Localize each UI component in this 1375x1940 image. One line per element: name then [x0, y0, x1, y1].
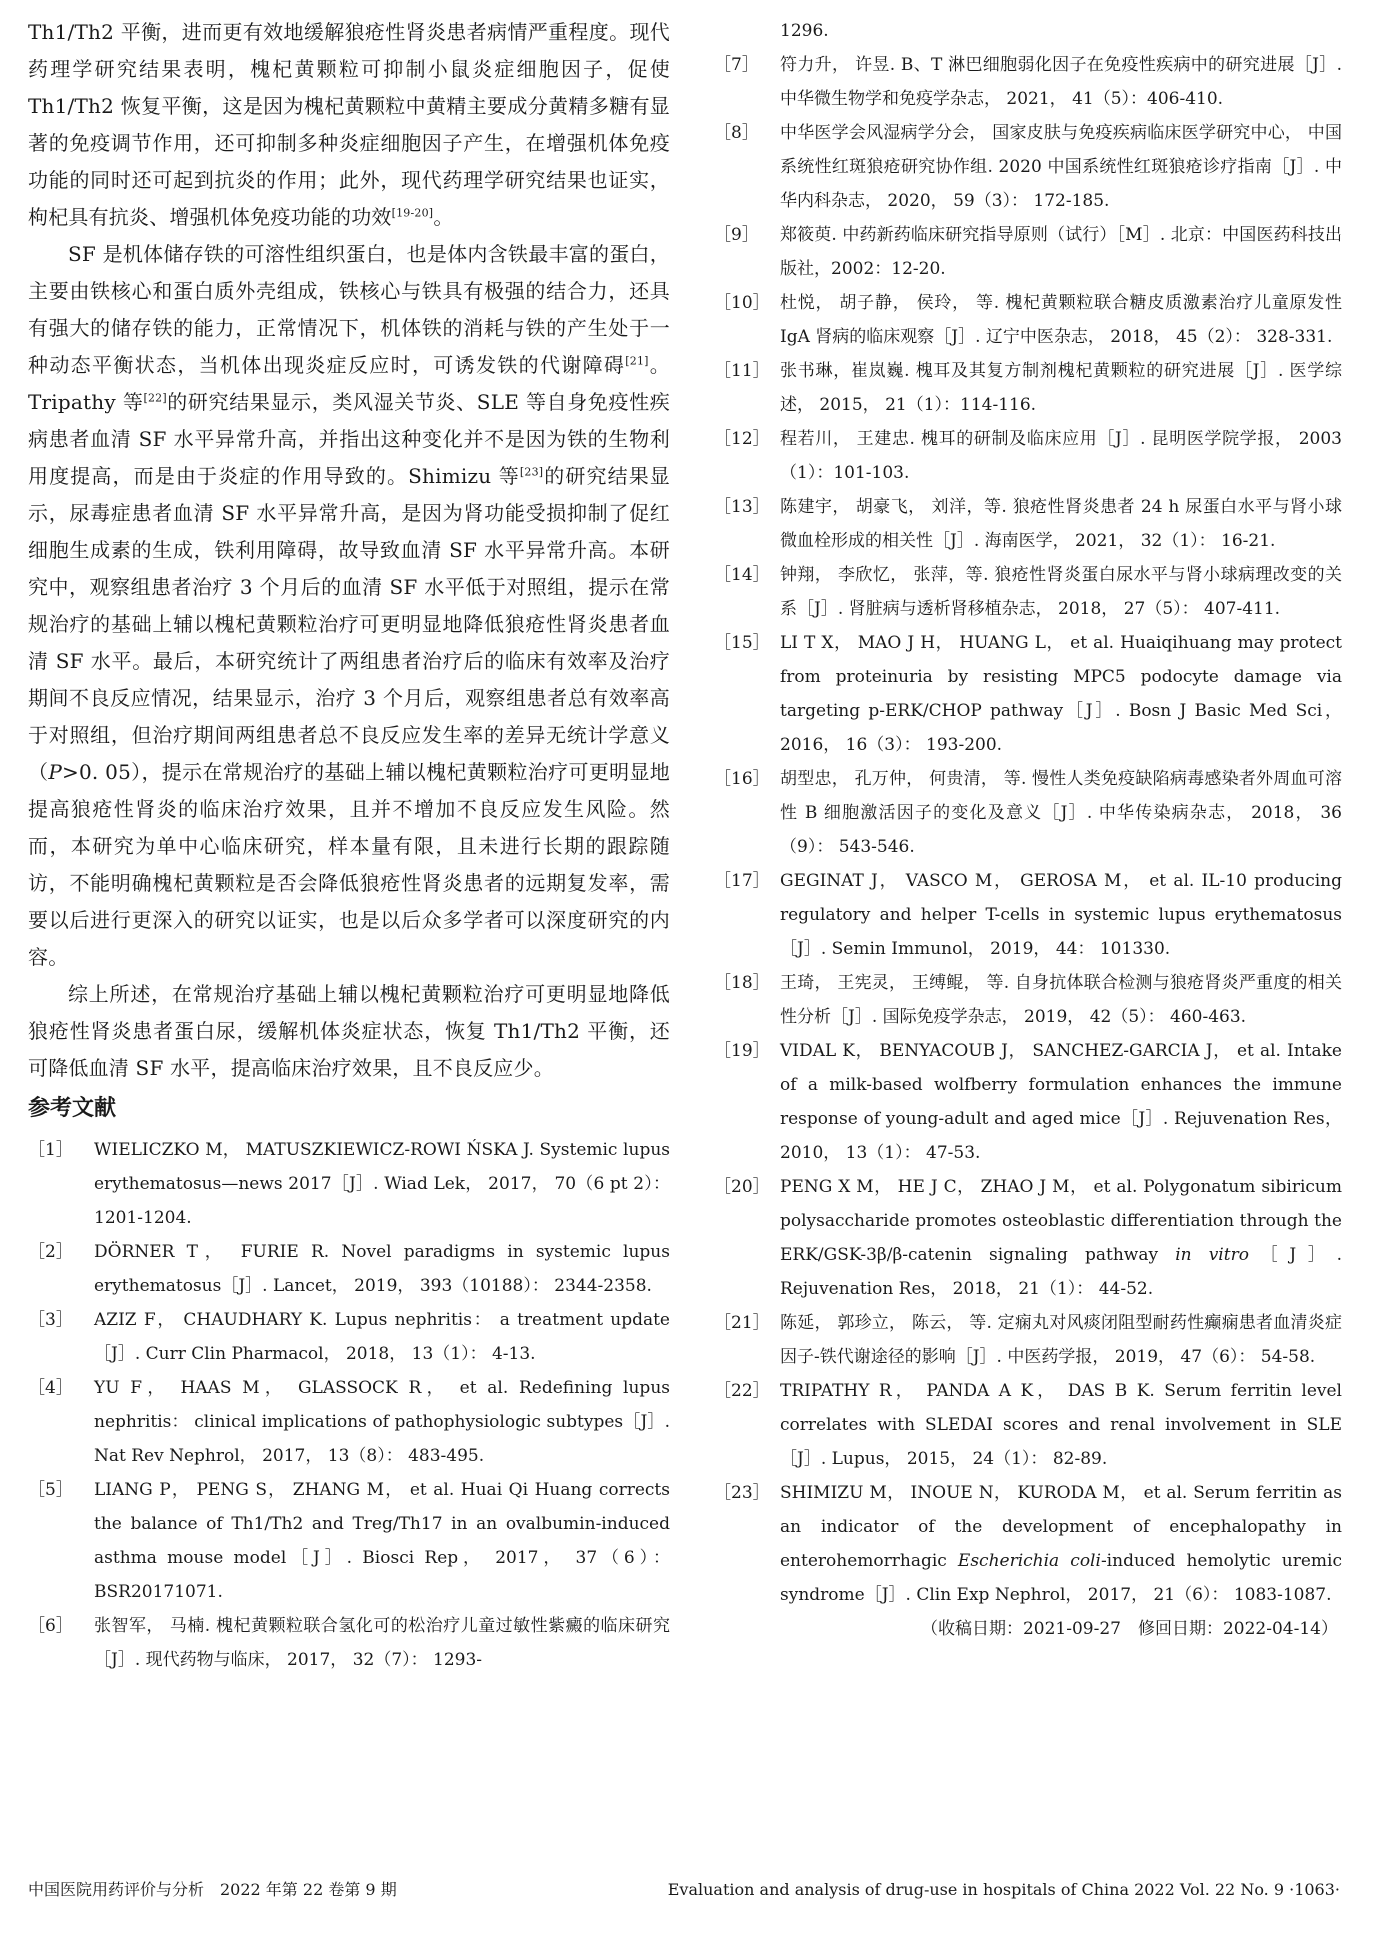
reference-number: ［7］ — [714, 48, 780, 116]
reference-item: ［4］YU F， HAAS M， GLASSOCK R， et al. Rede… — [28, 1371, 670, 1473]
reference-text: 陈延， 郭珍立， 陈云， 等. 定痫丸对风痰闭阻型耐药性癫痫患者血清炎症因子-铁… — [780, 1306, 1342, 1374]
reference-text: SHIMIZU M， INOUE N， KURODA M， et al. Ser… — [780, 1476, 1342, 1612]
reference-item: ［15］LI T X， MAO J H， HUANG L， et al. Hua… — [714, 626, 1342, 762]
reference-number-blank — [714, 14, 780, 48]
reference-number: ［6］ — [28, 1609, 94, 1677]
p-value-symbol: P — [48, 760, 62, 784]
reference-item: ［3］AZIZ F， CHAUDHARY K. Lupus nephritis：… — [28, 1303, 670, 1371]
reference-item: ［8］中华医学会风湿病学分会， 国家皮肤与免疫疾病临床医学研究中心， 中国系统性… — [714, 116, 1342, 218]
reference-text: PENG X M， HE J C， ZHAO J M， et al. Polyg… — [780, 1170, 1342, 1306]
reference-text: LIANG P， PENG S， ZHANG M， et al. Huai Qi… — [94, 1473, 670, 1609]
paragraph-tail: 。 — [433, 205, 453, 229]
reference-number: ［8］ — [714, 116, 780, 218]
reference-text: WIELICZKO M， MATUSZKIEWICZ-ROWI ŃSKA J. … — [94, 1133, 670, 1235]
reference-list-left: ［1］WIELICZKO M， MATUSZKIEWICZ-ROWI ŃSKA … — [28, 1133, 670, 1677]
reference-item: ［18］王琦， 王宪灵， 王缚鲲， 等. 自身抗体联合检测与狼疮肾炎严重度的相关… — [714, 966, 1342, 1034]
left-column: Th1/Th2 平衡，进而更有效地缓解狼疮性肾炎患者病情严重程度。现代药理学研究… — [28, 14, 670, 1677]
reference-number: ［15］ — [714, 626, 780, 762]
reference-item: ［12］程若川， 王建忠. 槐耳的研制及临床应用［J］. 昆明医学院学报， 20… — [714, 422, 1342, 490]
reference-number: ［11］ — [714, 354, 780, 422]
reference-number: ［4］ — [28, 1371, 94, 1473]
reference-item: ［6］张智军， 马楠. 槐杞黄颗粒联合氢化可的松治疗儿童过敏性紫癜的临床研究［J… — [28, 1609, 670, 1677]
reference-number: ［5］ — [28, 1473, 94, 1609]
reference-item: ［21］陈延， 郭珍立， 陈云， 等. 定痫丸对风痰闭阻型耐药性癫痫患者血清炎症… — [714, 1306, 1342, 1374]
reference-number: ［2］ — [28, 1235, 94, 1303]
reference-number: ［1］ — [28, 1133, 94, 1235]
reference-number: ［9］ — [714, 218, 780, 286]
reference-text: GEGINAT J， VASCO M， GEROSA M， et al. IL-… — [780, 864, 1342, 966]
references-heading: 参考文献 — [28, 1091, 670, 1127]
reference-number: ［19］ — [714, 1034, 780, 1170]
reference-number: ［14］ — [714, 558, 780, 626]
reference-item: ［19］VIDAL K， BENYACOUB J， SANCHEZ-GARCIA… — [714, 1034, 1342, 1170]
citation[interactable]: [21] — [625, 354, 648, 367]
reference-text: 郑筱萸. 中药新药临床研究指导原则（试行）［M］. 北京：中国医药科技出版社，2… — [780, 218, 1342, 286]
reference-text: DÖRNER T， FURIE R. Novel paradigms in sy… — [94, 1235, 670, 1303]
received-revised-dates: （收稿日期：2021-09-27 修回日期：2022-04-14） — [714, 1612, 1342, 1646]
reference-item: ［1］WIELICZKO M， MATUSZKIEWICZ-ROWI ŃSKA … — [28, 1133, 670, 1235]
reference-text: 胡型忠， 孔万仲， 何贵清， 等. 慢性人类免疫缺陷病毒感染者外周血可溶性 B … — [780, 762, 1342, 864]
reference-text: 钟翔， 李欣忆， 张萍，等. 狼疮性肾炎蛋白尿水平与肾小球病理改变的关系［J］.… — [780, 558, 1342, 626]
reference-text: 杜悦， 胡子静， 侯玲， 等. 槐杞黄颗粒联合糖皮质激素治疗儿童原发性 IgA … — [780, 286, 1342, 354]
reference-continuation: 1296. — [714, 14, 1342, 48]
body-paragraph-1: Th1/Th2 平衡，进而更有效地缓解狼疮性肾炎患者病情严重程度。现代药理学研究… — [28, 14, 670, 236]
citation[interactable]: [23] — [520, 465, 543, 478]
reference-number: ［16］ — [714, 762, 780, 864]
reference-text: TRIPATHY R， PANDA A K， DAS B K. Serum fe… — [780, 1374, 1342, 1476]
reference-italic-term: in vitro — [1175, 1245, 1249, 1265]
reference-number: ［18］ — [714, 966, 780, 1034]
reference-text: YU F， HAAS M， GLASSOCK R， et al. Redefin… — [94, 1371, 670, 1473]
reference-text: 陈建宇， 胡豪飞， 刘洋，等. 狼疮性肾炎患者 24 h 尿蛋白水平与肾小球微血… — [780, 490, 1342, 558]
reference-item: ［11］张书琳，崔岚巍. 槐耳及其复方制剂槐杞黄颗粒的研究进展［J］. 医学综述… — [714, 354, 1342, 422]
reference-number: ［17］ — [714, 864, 780, 966]
reference-text: 张智军， 马楠. 槐杞黄颗粒联合氢化可的松治疗儿童过敏性紫癜的临床研究［J］. … — [94, 1609, 670, 1677]
right-column: 1296.［7］符力升， 许昱. B、T 淋巴细胞弱化因子在免疫性疾病中的研究进… — [714, 14, 1342, 1646]
paragraph-text: >0. 05），提示在常规治疗的基础上辅以槐杞黄颗粒治疗可更明显地提高狼疮性肾炎… — [28, 760, 670, 969]
reference-number: ［12］ — [714, 422, 780, 490]
reference-item: ［16］胡型忠， 孔万仲， 何贵清， 等. 慢性人类免疫缺陷病毒感染者外周血可溶… — [714, 762, 1342, 864]
reference-number: ［3］ — [28, 1303, 94, 1371]
body-paragraph-3: 综上所述，在常规治疗基础上辅以槐杞黄颗粒治疗可更明显地降低狼疮性肾炎患者蛋白尿，… — [28, 976, 670, 1087]
reference-text: AZIZ F， CHAUDHARY K. Lupus nephritis： a … — [94, 1303, 670, 1371]
paragraph-text: Th1/Th2 平衡，进而更有效地缓解狼疮性肾炎患者病情严重程度。现代药理学研究… — [28, 20, 670, 229]
reference-text: 中华医学会风湿病学分会， 国家皮肤与免疫疾病临床医学研究中心， 中国系统性红斑狼… — [780, 116, 1342, 218]
reference-number: ［10］ — [714, 286, 780, 354]
reference-item: ［17］GEGINAT J， VASCO M， GEROSA M， et al.… — [714, 864, 1342, 966]
reference-item: ［7］符力升， 许昱. B、T 淋巴细胞弱化因子在免疫性疾病中的研究进展［J］.… — [714, 48, 1342, 116]
citation[interactable]: [22] — [143, 391, 166, 404]
reference-item: ［13］陈建宇， 胡豪飞， 刘洋，等. 狼疮性肾炎患者 24 h 尿蛋白水平与肾… — [714, 490, 1342, 558]
page-footer: 中国医院用药评价与分析 2022 年第 22 卷第 9 期 Evaluation… — [28, 1878, 1340, 1902]
reference-number: ［22］ — [714, 1374, 780, 1476]
paragraph-text: SF 是机体储存铁的可溶性组织蛋白，也是体内含铁最丰富的蛋白，主要由铁核心和蛋白… — [28, 242, 670, 377]
reference-text: 程若川， 王建忠. 槐耳的研制及临床应用［J］. 昆明医学院学报， 2003（1… — [780, 422, 1342, 490]
reference-item: ［23］SHIMIZU M， INOUE N， KURODA M， et al.… — [714, 1476, 1342, 1612]
footer-journal-en: Evaluation and analysis of drug-use in h… — [668, 1878, 1340, 1902]
reference-item: ［14］钟翔， 李欣忆， 张萍，等. 狼疮性肾炎蛋白尿水平与肾小球病理改变的关系… — [714, 558, 1342, 626]
reference-item: ［22］TRIPATHY R， PANDA A K， DAS B K. Seru… — [714, 1374, 1342, 1476]
reference-item: ［20］PENG X M， HE J C， ZHAO J M， et al. P… — [714, 1170, 1342, 1306]
footer-journal-cn: 中国医院用药评价与分析 2022 年第 22 卷第 9 期 — [28, 1878, 397, 1902]
reference-text: LI T X， MAO J H， HUANG L， et al. Huaiqih… — [780, 626, 1342, 762]
paragraph-text: 的研究结果显示，尿毒症患者血清 SF 水平异常升高，是因为肾功能受损抑制了促红细… — [28, 464, 670, 784]
reference-list-right: 1296.［7］符力升， 许昱. B、T 淋巴细胞弱化因子在免疫性疾病中的研究进… — [714, 14, 1342, 1612]
reference-number: ［13］ — [714, 490, 780, 558]
reference-text: 张书琳，崔岚巍. 槐耳及其复方制剂槐杞黄颗粒的研究进展［J］. 医学综述， 20… — [780, 354, 1342, 422]
reference-item: ［5］LIANG P， PENG S， ZHANG M， et al. Huai… — [28, 1473, 670, 1609]
reference-italic-term: Escherichia coli — [958, 1551, 1101, 1571]
body-paragraph-2: SF 是机体储存铁的可溶性组织蛋白，也是体内含铁最丰富的蛋白，主要由铁核心和蛋白… — [28, 236, 670, 976]
reference-item: ［9］郑筱萸. 中药新药临床研究指导原则（试行）［M］. 北京：中国医药科技出版… — [714, 218, 1342, 286]
reference-text: VIDAL K， BENYACOUB J， SANCHEZ-GARCIA J， … — [780, 1034, 1342, 1170]
reference-text: 1296. — [780, 14, 1342, 48]
reference-number: ［21］ — [714, 1306, 780, 1374]
citation[interactable]: [19-20] — [392, 206, 434, 219]
reference-number: ［20］ — [714, 1170, 780, 1306]
reference-text: 符力升， 许昱. B、T 淋巴细胞弱化因子在免疫性疾病中的研究进展［J］. 中华… — [780, 48, 1342, 116]
reference-item: ［10］杜悦， 胡子静， 侯玲， 等. 槐杞黄颗粒联合糖皮质激素治疗儿童原发性 … — [714, 286, 1342, 354]
reference-number: ［23］ — [714, 1476, 780, 1612]
reference-item: ［2］DÖRNER T， FURIE R. Novel paradigms in… — [28, 1235, 670, 1303]
reference-text: 王琦， 王宪灵， 王缚鲲， 等. 自身抗体联合检测与狼疮肾炎严重度的相关性分析［… — [780, 966, 1342, 1034]
paragraph-text: 综上所述，在常规治疗基础上辅以槐杞黄颗粒治疗可更明显地降低狼疮性肾炎患者蛋白尿，… — [28, 982, 670, 1080]
